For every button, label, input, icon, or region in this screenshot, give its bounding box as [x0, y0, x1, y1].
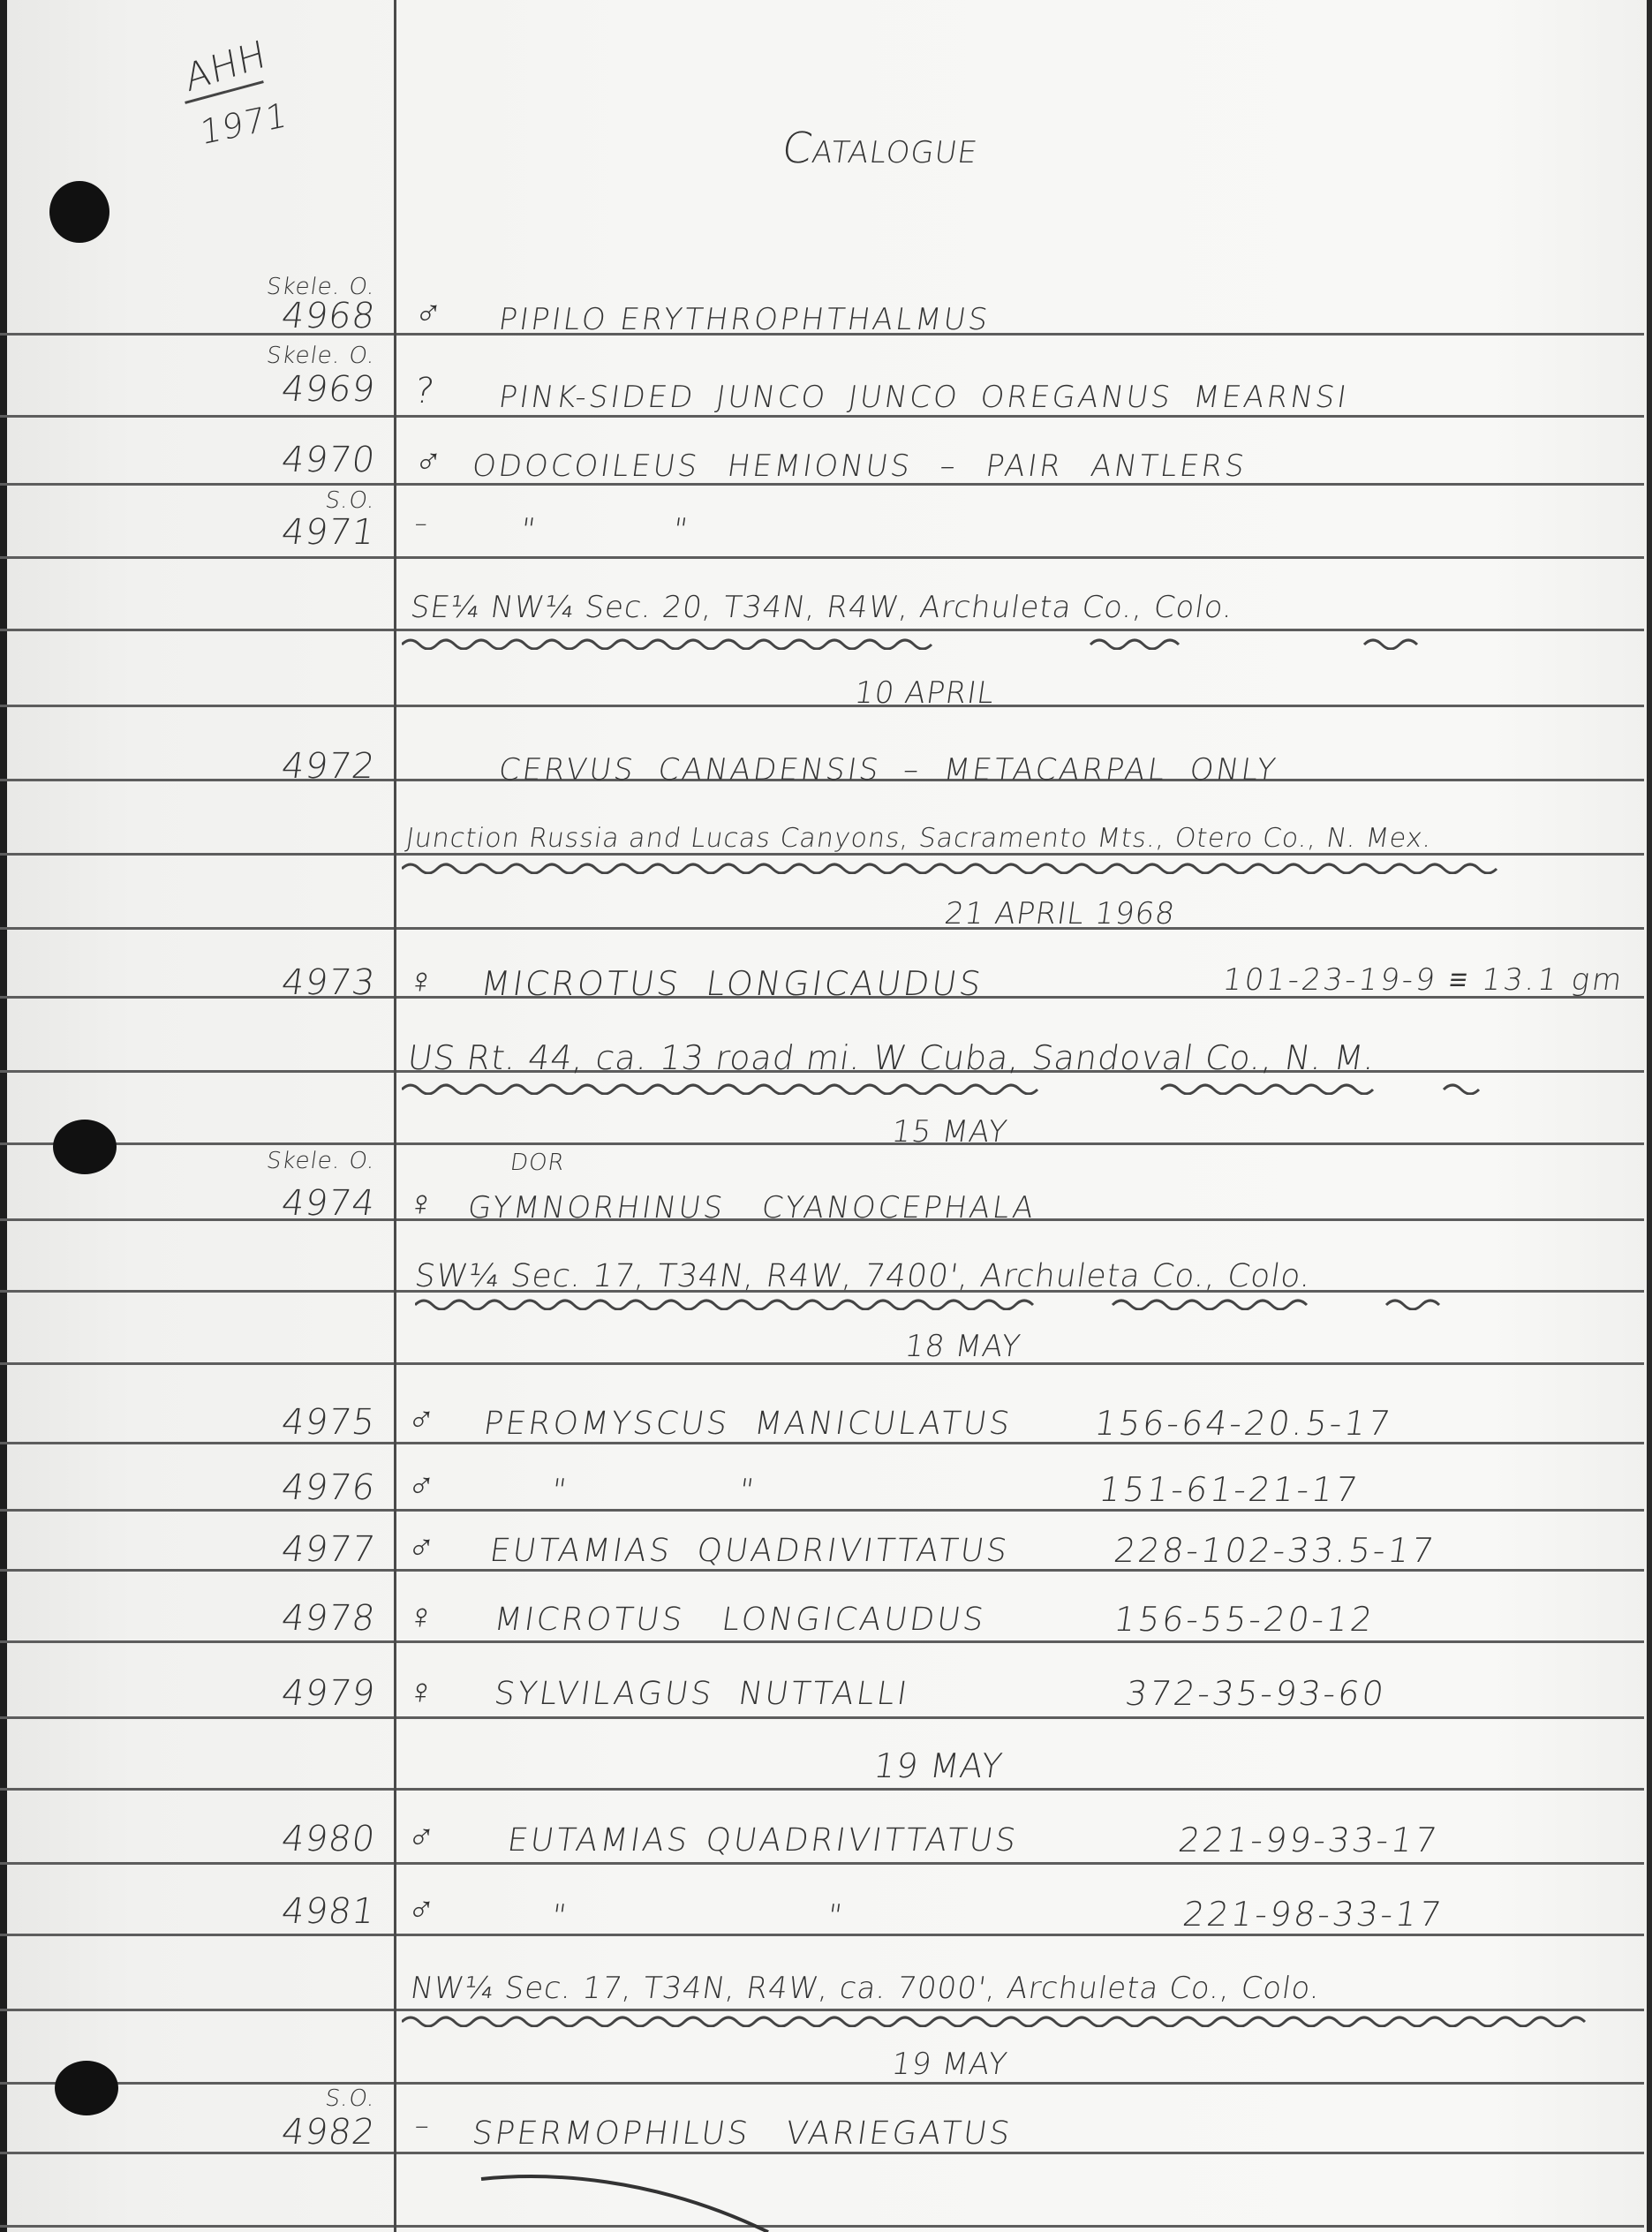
sex-symbol: ♂	[405, 1466, 438, 1506]
catalogue-number: 4978	[223, 1598, 378, 1639]
sex-symbol: ♀	[405, 1183, 438, 1224]
ruled-line	[0, 629, 1644, 631]
margin-line	[394, 0, 396, 2232]
year: 1971	[200, 94, 290, 152]
measurements: 156-64-20.5-17	[1092, 1404, 1395, 1443]
sex-symbol: ♂	[412, 293, 445, 334]
catalogue-number: 4976	[223, 1467, 378, 1508]
page-edge-right	[1647, 0, 1652, 2232]
page-title: Catalogue	[779, 124, 982, 173]
collection-date: 19 May	[871, 1746, 1006, 1785]
catalogue-number: 4977	[223, 1529, 378, 1570]
hole-punch	[55, 2061, 118, 2115]
collection-date: 19 May	[889, 2047, 1009, 2082]
measurements: 221-98-33-17	[1181, 1895, 1446, 1934]
measurements: 372-35-93-60	[1123, 1674, 1389, 1713]
taxon-name: Cervus canadensis – metacarpal only	[496, 752, 1280, 788]
hole-punch	[53, 1120, 117, 1174]
pen-stroke	[477, 2172, 848, 2232]
sex-symbol: ♀	[405, 1671, 438, 1712]
dash-mark: –	[413, 509, 431, 538]
measurements: 228-102-33.5-17	[1112, 1531, 1438, 1570]
catalogue-number: 4982	[223, 2112, 378, 2153]
collection-date: 15 May	[889, 1114, 1009, 1150]
sex-symbol: ♂	[405, 1527, 438, 1568]
taxon-name: Eutamias quadrivittatus	[487, 1533, 1012, 1569]
locality: SW¼ Sec. 17, T34N, R4W, 7400', Archuleta…	[412, 1258, 1314, 1294]
sex-symbol: ♂	[405, 1399, 438, 1440]
catalogue-number: 4970	[223, 440, 378, 480]
catalogue-number: 4981	[223, 1891, 378, 1932]
measurements: 101-23-19-9 ≡ 13.1 gm	[1220, 962, 1626, 998]
taxon-name: Sylvilagus nuttalli	[492, 1676, 912, 1712]
catalogue-number: 4979	[223, 1673, 378, 1714]
wavy-underline	[402, 636, 1488, 650]
ruled-line	[0, 1142, 1644, 1145]
ruled-line	[0, 415, 1644, 418]
dash-mark: –	[412, 2108, 432, 2142]
locality: US Rt. 44, ca. 13 road mi. W Cuba, Sando…	[405, 1038, 1378, 1077]
measurements: 151-61-21-17	[1097, 1470, 1362, 1509]
ruled-line	[0, 1640, 1644, 1643]
wavy-underline	[415, 1296, 1519, 1310]
sex-symbol: ?	[412, 371, 438, 411]
ditto-marks: " "	[549, 1898, 847, 1934]
ruled-line	[0, 556, 1644, 559]
entry-note: Skele. O.	[223, 1148, 377, 1174]
taxon-name: Gymnorhinus cyanocephala	[465, 1190, 1038, 1225]
taxon-name: Microtus longicaudus	[479, 964, 986, 1003]
taxon-name: Odocoileus hemionus – pair antlers	[470, 449, 1248, 484]
measurements: 156-55-20-12	[1112, 1600, 1377, 1639]
collection-date: 10 April	[852, 675, 997, 711]
ruled-line	[0, 705, 1644, 707]
wavy-underline	[402, 2013, 1611, 2027]
catalogue-number: 4969	[223, 369, 378, 410]
sex-symbol: ♂	[405, 1889, 438, 1930]
taxon-name: Eutamias quadrivittatus	[505, 1822, 1021, 1859]
entry-note: Skele. O.	[223, 343, 377, 369]
catalogue-number: 4974	[223, 1183, 378, 1224]
taxon-name: Pink-sided Junco Junco oreganus mearnsi	[496, 380, 1351, 415]
ruled-line	[0, 2009, 1644, 2011]
catalogue-number: 4975	[223, 1402, 378, 1443]
ruled-line	[0, 1862, 1644, 1865]
taxon-name: Microtus longicaudus	[492, 1602, 988, 1638]
sex-symbol: ♀	[405, 961, 438, 1001]
wavy-underline	[402, 860, 1611, 874]
catalogue-number: 4973	[223, 962, 378, 1003]
ruled-line	[0, 927, 1644, 930]
taxon-name: Spermophilus variegatus	[470, 2115, 1015, 2152]
sex-symbol: ♀	[405, 1596, 438, 1637]
entry-note: S.O.	[223, 487, 377, 514]
entry-note: S.O.	[223, 2085, 377, 2112]
hole-punch	[49, 181, 109, 243]
ruled-line	[0, 1934, 1644, 1936]
taxon-name: Pipilo erythrophthalmus	[496, 302, 992, 337]
ruled-line	[0, 2082, 1644, 2085]
taxon-name: Peromyscus maniculatus	[481, 1406, 1015, 1442]
catalogue-number: 4980	[223, 1819, 378, 1859]
catalogue-number: 4968	[223, 296, 378, 336]
catalogue-number: 4972	[223, 746, 378, 787]
ruled-line	[0, 1716, 1644, 1719]
measurements: 221-99-33-17	[1176, 1821, 1442, 1859]
ruled-line	[0, 1788, 1644, 1791]
ditto-marks: " "	[549, 1473, 758, 1508]
sex-symbol: ♂	[405, 1817, 438, 1858]
collection-date: 18 May	[902, 1329, 1022, 1364]
locality: SE¼ NW¼ Sec. 20, T34N, R4W, Archuleta Co…	[408, 590, 1236, 625]
ruled-line	[0, 1362, 1644, 1365]
sex-symbol: ♂	[412, 441, 445, 482]
catalogue-number: 4971	[223, 512, 378, 553]
ruled-line	[0, 1509, 1644, 1512]
annotation-dor: DOR	[509, 1150, 567, 1176]
notebook-page: AHH 1971 Catalogue Skele. O. 4968 ♂ Pipi…	[0, 0, 1652, 2232]
collection-date: 21 April 1968	[942, 896, 1177, 931]
locality: NW¼ Sec. 17, T34N, R4W, ca. 7000', Archu…	[408, 1971, 1323, 2006]
ditto-marks: " "	[518, 512, 692, 547]
wavy-underline	[402, 1081, 1519, 1095]
locality: Junction Russia and Lucas Canyons, Sacra…	[404, 823, 1435, 854]
